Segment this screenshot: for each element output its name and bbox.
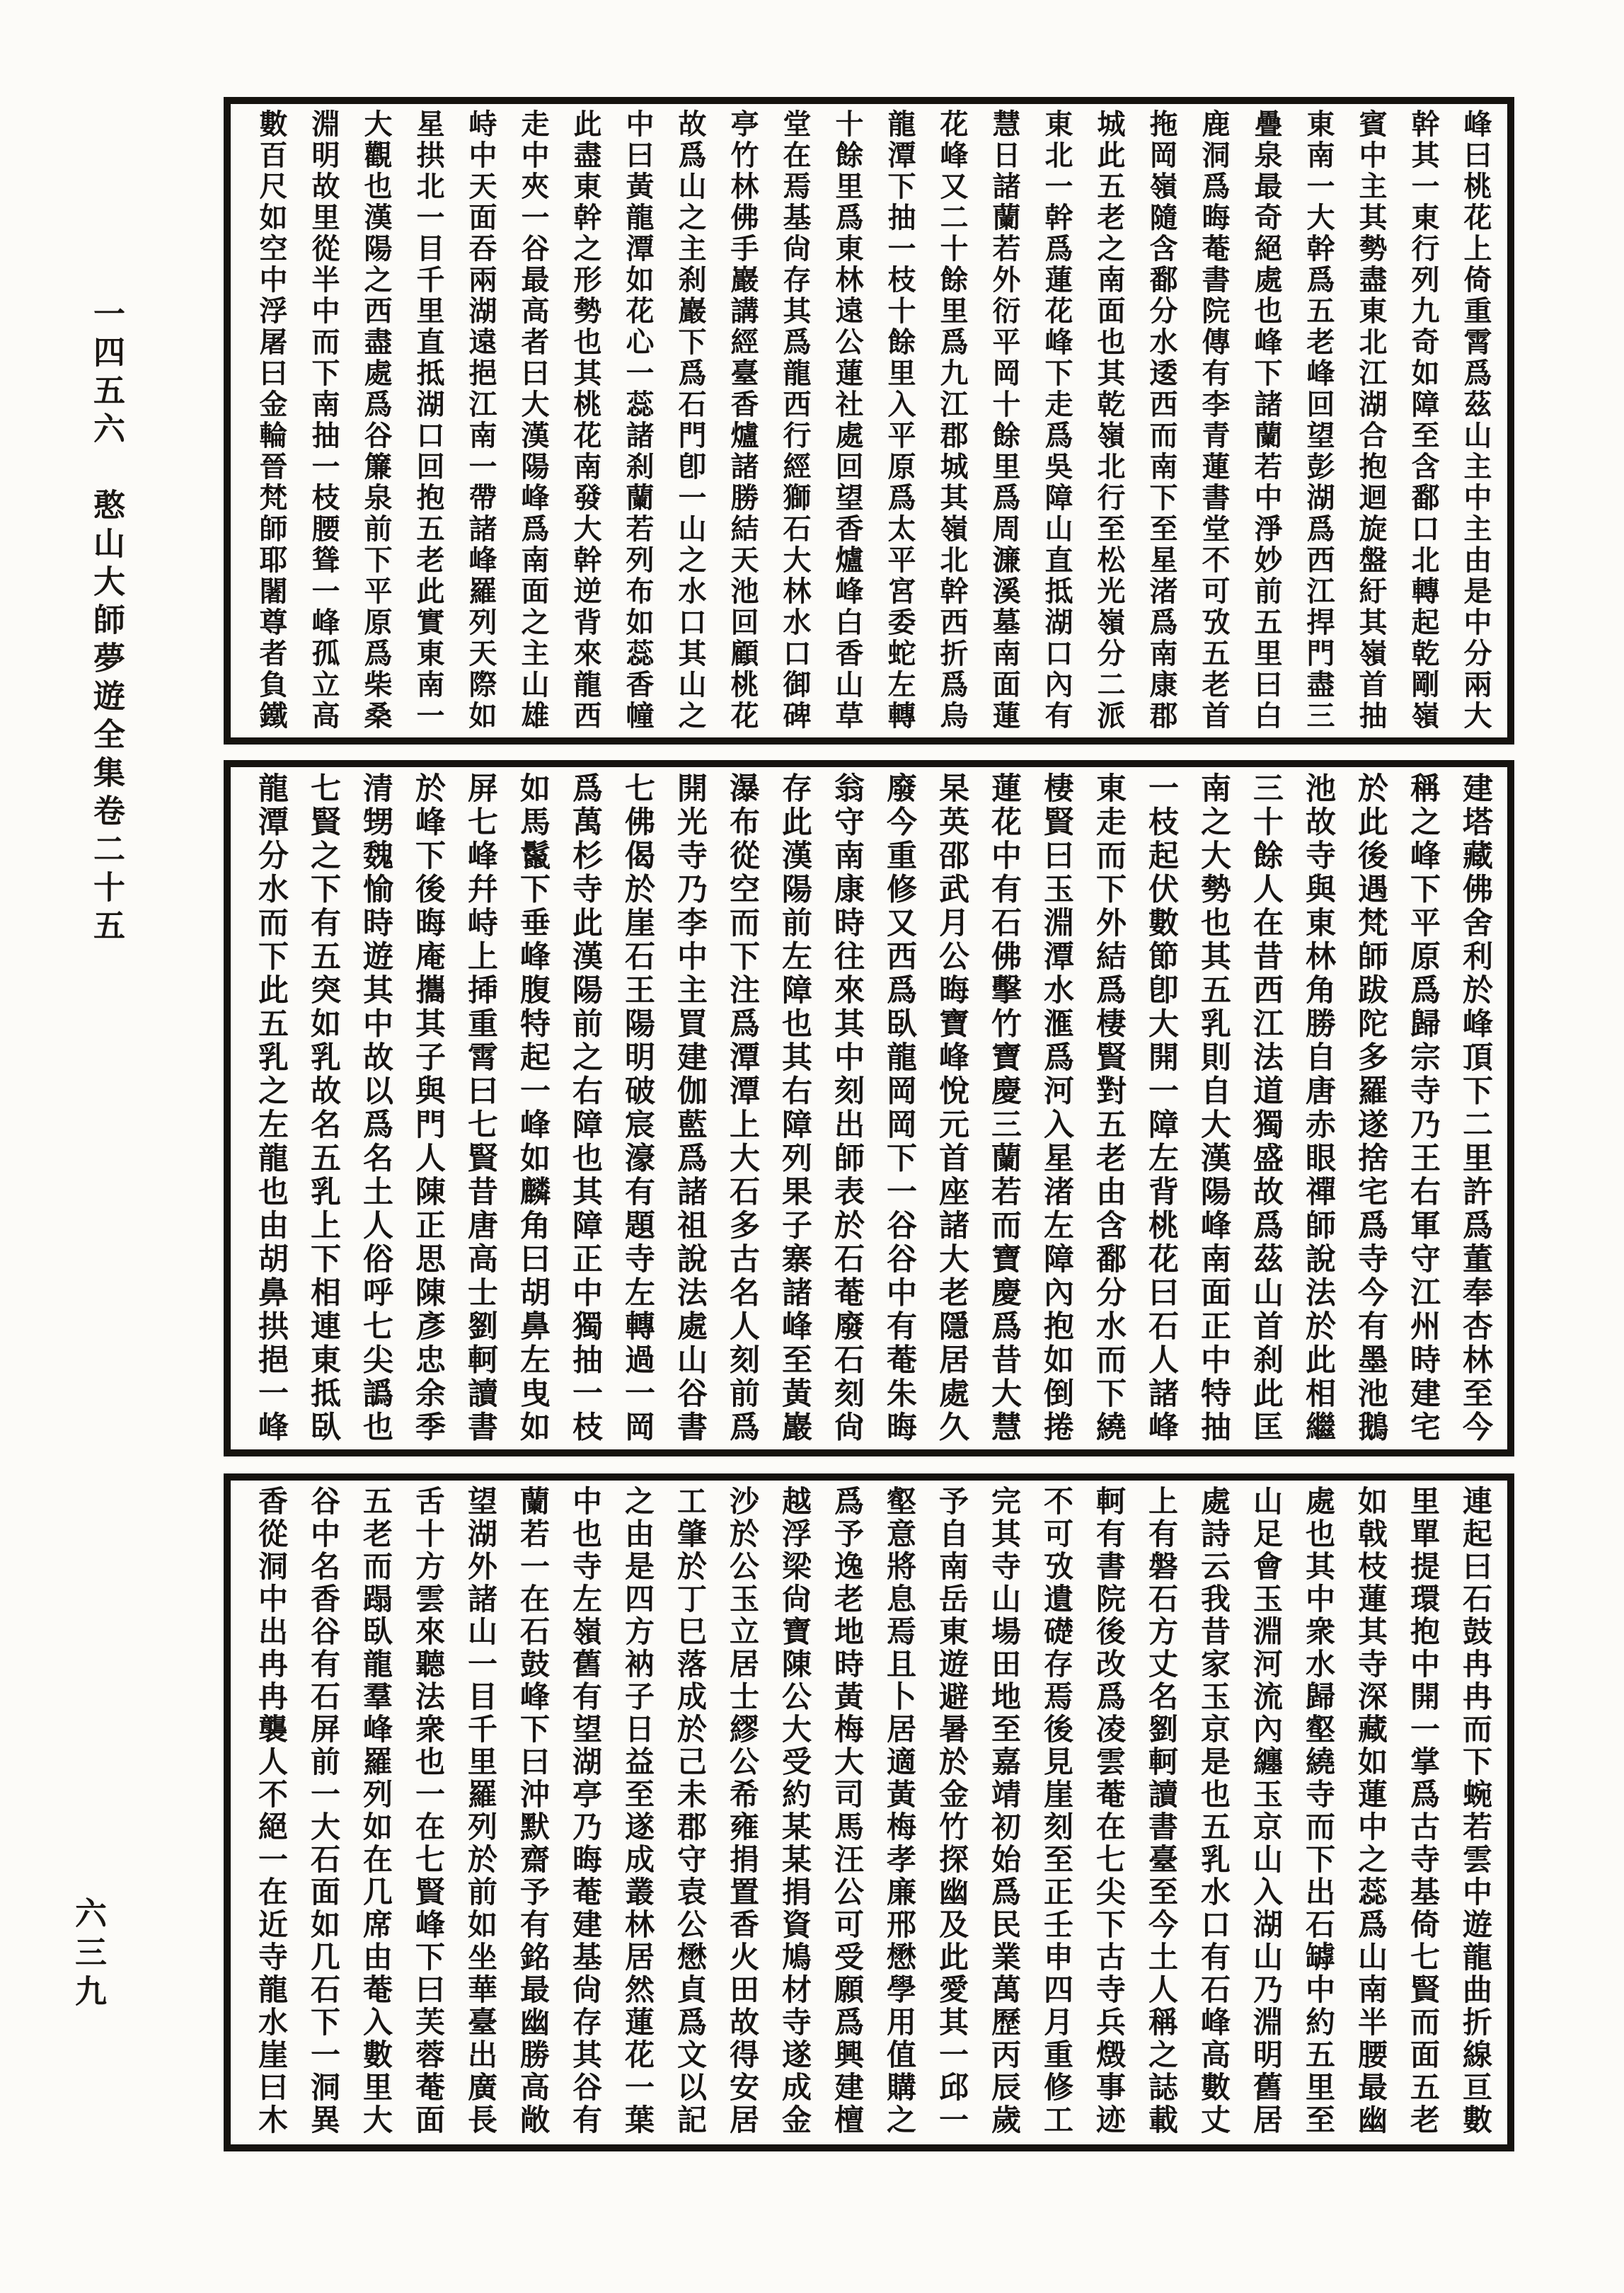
text-column: 連起曰石鼓冉冉而下蜿若雲中遊龍曲折線亘數 [1449, 1485, 1502, 2139]
text-column: 峰曰桃花上倚重霄爲茲山主中主由是中分兩大 [1449, 109, 1502, 732]
text-column: 三十餘人在昔西江法道獨盛故爲茲山首刹此匡 [1240, 772, 1292, 1444]
text-column: 杲英邵武月公晦寶峰悅元首座諸大老隱居處久 [926, 772, 978, 1444]
text-column: 拖岡嶺隨含鄱分水逶西而南下至星渚爲南康郡 [1135, 109, 1187, 732]
text-column: 舌十方雲來聽法衆也一在七賢峰下曰芙蓉菴面 [402, 1485, 454, 2139]
text-column: 如馬鬣下垂峰腹特起一峰如麟角曰胡鼻左曳如 [507, 772, 559, 1444]
text-column: 廢今重修又西爲臥龍岡岡下一谷谷中有菴朱晦 [873, 772, 926, 1444]
text-column: 蓮花中有石佛擊竹寶慶三蘭若而寶慶爲昔大慧 [978, 772, 1030, 1444]
text-column: 稱之峰下平原爲歸宗寺乃王右軍守江州時建宅 [1397, 772, 1449, 1444]
text-column: 望湖外諸山一目千里羅列於前如坐華臺出廣長 [454, 1485, 507, 2139]
text-band-bottom: 連起曰石鼓冉冉而下蜿若雲中遊龍曲折線亘數里單提環抱中開一掌爲古寺基倚七賢而面五老… [224, 1473, 1514, 2151]
text-column: 峙中天面吞兩湖遠挹江南一帶諸峰羅列天際如 [454, 109, 507, 732]
text-band-top: 峰曰桃花上倚重霄爲茲山主中主由是中分兩大幹其一東行列九奇如障至含鄱口北轉起乾剛嶺… [224, 97, 1514, 745]
text-column: 南之大勢也其五乳則自大漢陽峰南面正中特抽 [1187, 772, 1240, 1444]
text-column: 之由是四方衲子日益至遂成叢林居然蓮花一葉 [611, 1485, 664, 2139]
text-column: 沙於公玉立居士繆公希雍捐置香火田故得安居 [716, 1485, 768, 2139]
text-column: 予自南岳東遊避暑於金竹探幽及此愛其一邱一 [926, 1485, 978, 2139]
text-column: 軻有書院後改爲凌雲菴在七尖下古寺兵燬事迹 [1083, 1485, 1135, 2139]
text-column: 龍潭下抽一枝十餘里入平原爲太平宮委蛇左轉 [873, 109, 926, 732]
scanned-page: 一四五六 憨山大師夢遊全集卷二十五 六三九 峰曰桃花上倚重霄爲茲山主中主由是中分… [0, 0, 1624, 2293]
text-column: 數百尺如空中浮屠曰金輪晉梵師耶闍尊者負鐵 [245, 109, 297, 732]
text-column: 東走而下外結爲棲賢對五老由含鄱分水而下繞 [1083, 772, 1135, 1444]
text-column: 亭竹林佛手巖講經臺香爐諸勝結天池回顧桃花 [716, 109, 768, 732]
text-column: 一枝起伏數節卽大開一障左背桃花曰石人諸峰 [1135, 772, 1187, 1444]
text-column: 於峰下後晦庵攜其子與門人陳正思陳彥忠余季 [402, 772, 454, 1444]
text-column: 香從洞中出冉冉襲人不絕一在近寺龍水崖曰木 [245, 1485, 297, 2139]
text-column: 屏七峰幷峙上揷重霄曰七賢昔唐高士劉軻讀書 [454, 772, 507, 1444]
text-column: 上有磐石方丈名劉軻讀書臺至今土人稱之誌載 [1135, 1485, 1187, 2139]
margin-volume-label: 一四五六 憨山大師夢遊全集卷二十五 [83, 297, 129, 947]
text-column: 谷中名香谷有石屏前一大石面如几石下一洞異 [297, 1485, 350, 2139]
text-column: 堂在焉基尙存其爲龍西行經獅石大林水口御碑 [768, 109, 821, 732]
text-column: 東北一幹爲蓮花峰下走爲吳障山直抵湖口內有 [1030, 109, 1083, 732]
text-column: 星拱北一目千里直抵湖口回抱五老此實東南一 [402, 109, 454, 732]
text-column: 走中夾一谷最高者曰大漢陽峰爲南面之主山雄 [507, 109, 559, 732]
text-column: 淵明故里從半中而下南抽一枝腰聳一峰孤立高 [297, 109, 350, 732]
text-column: 瀑布從空而下注爲潭潭上大石多古名人刻前爲 [716, 772, 768, 1444]
text-column: 處也其中衆水歸壑繞寺而下出石罅中約五里至 [1292, 1485, 1344, 2139]
text-column: 十餘里爲東林遠公蓮社處回望香爐峰白香山草 [821, 109, 873, 732]
text-column: 中也寺左嶺舊有望湖亭乃晦菴建基尙存其谷有 [559, 1485, 611, 2139]
text-column: 此盡東幹之形勢也其桃花南發大幹逆背來龍西 [559, 109, 611, 732]
text-column: 越浮梁尙寶陳公大受約某某捐資鳩材寺遂成金 [768, 1485, 821, 2139]
text-column: 工肇於丁巳落成於己未郡守袁公懋貞爲文以記 [664, 1485, 716, 2139]
text-column: 翁守南康時往來其中刻出師表於石菴廢石刻尙 [821, 772, 873, 1444]
text-column: 爲予逸老地時黃梅大司馬汪公可受願爲興建檀 [821, 1485, 873, 2139]
text-column: 七賢之下有五突如乳故名五乳上下相連東抵臥 [297, 772, 350, 1444]
text-column: 里單提環抱中開一掌爲古寺基倚七賢而面五老 [1397, 1485, 1449, 2139]
text-column: 五老而蹋臥龍羣峰羅列如在几席由菴入數里大 [350, 1485, 402, 2139]
text-column: 鹿洞爲晦菴書院傳有李青蓮書堂不可攷五老首 [1187, 109, 1240, 732]
text-column: 花峰又二十餘里爲九江郡城其嶺北幹西折爲烏 [926, 109, 978, 732]
text-band-middle: 建塔藏佛舍利於峰頂下二里許爲董奉杏林至今稱之峰下平原爲歸宗寺乃王右軍守江州時建宅… [224, 760, 1514, 1456]
text-column: 如戟枝蓮其寺深藏如蓮中之蕊爲山南半腰最幽 [1344, 1485, 1397, 2139]
text-column: 爲萬杉寺此漢陽前之右障也其障正中獨抽一枝 [559, 772, 611, 1444]
text-column: 於此後遇梵師跋陀多羅遂捨宅爲寺今有墨池鵝 [1344, 772, 1397, 1444]
text-column: 處詩云我昔家玉京是也五乳水口有石峰高數丈 [1187, 1485, 1240, 2139]
text-column: 建塔藏佛舍利於峰頂下二里許爲董奉杏林至今 [1449, 772, 1502, 1444]
text-column: 慧日諸蘭若外衍平岡十餘里爲周濂溪墓南面蓮 [978, 109, 1030, 732]
text-column: 幹其一東行列九奇如障至含鄱口北轉起乾剛嶺 [1397, 109, 1449, 732]
text-column: 龍潭分水而下此五乳之左龍也由胡鼻拱挹一峰 [245, 772, 297, 1444]
text-column: 池故寺與東林角勝自唐赤眼禪師說法於此相繼 [1292, 772, 1344, 1444]
text-column: 賓中主其勢盡東北江湖合抱迴旋盤紆其嶺首抽 [1344, 109, 1397, 732]
text-column: 城此五老之南面也其乾嶺北行至松光嶺分二派 [1083, 109, 1135, 732]
text-column: 中曰黃龍潭如花心一蕊諸刹蘭若列布如蕊香幢 [611, 109, 664, 732]
text-column: 完其寺山場田地至嘉靖初始爲民業萬歷丙辰歲 [978, 1485, 1030, 2139]
text-column: 故爲山之主刹巖下爲石門卽一山之水口其山之 [664, 109, 716, 732]
text-column: 不可攷遺礎存焉後見崖刻至正壬申四月重修工 [1030, 1485, 1083, 2139]
text-column: 壑意將息焉且卜居適黃梅孝廉邢懋學用值購之 [873, 1485, 926, 2139]
text-column: 棲賢曰玉淵潭水滙爲河入星渚左障內抱如倒捲 [1030, 772, 1083, 1444]
text-column: 山足會玉淵河流內纏玉京山入湖山乃淵明舊居 [1240, 1485, 1292, 2139]
text-column: 開光寺乃李中主買建伽藍爲諸祖說法處山谷書 [664, 772, 716, 1444]
text-column: 東南一大幹爲五老峰回望彭湖爲西江捍門盡三 [1292, 109, 1344, 732]
text-column: 大觀也漢陽之西盡處爲谷簾泉前下平原爲柴桑 [350, 109, 402, 732]
text-column: 存此漢陽前左障也其右障列果子寨諸峰至黃巖 [768, 772, 821, 1444]
margin-page-number: 六三九 [65, 1897, 111, 2013]
text-column: 七佛偈於崖石王陽明破宸濠有題寺左轉過一岡 [611, 772, 664, 1444]
text-column: 疊泉最奇絕處也峰下諸蘭若中淨妙前五里曰白 [1240, 109, 1292, 732]
text-column: 蘭若一在石鼓峰下曰沖默齋予有銘最幽勝高敞 [507, 1485, 559, 2139]
text-column: 清甥魏愉時遊其中故以爲名土人俗呼七尖譌也 [350, 772, 402, 1444]
